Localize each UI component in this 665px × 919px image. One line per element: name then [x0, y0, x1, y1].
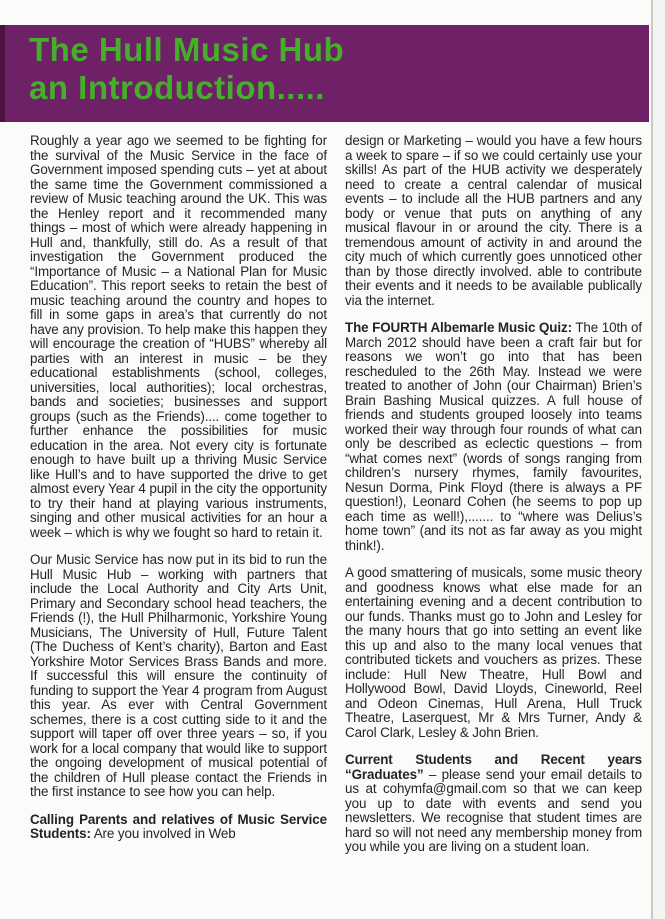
page-edge-shadow: [651, 0, 653, 919]
right-column: design or Marketing – would you have a f…: [345, 134, 642, 868]
page-title-line-2: an Introduction.....: [29, 69, 344, 107]
paragraph-students-graduates: Current Students and Recent years “Gradu…: [345, 753, 642, 855]
page-title-line-1: The Hull Music Hub: [29, 31, 344, 69]
paragraph-calling-parents: Calling Parents and relatives of Music S…: [30, 813, 327, 842]
paragraph-text: Are you involved in Web: [91, 826, 236, 841]
paragraph-thanks: A good smattering of musicals, some musi…: [345, 566, 642, 740]
paragraph-text: design or Marketing – would you have a f…: [345, 133, 642, 308]
paragraph-text: Our Music Service has now put in its bid…: [30, 552, 327, 799]
paragraph-text: Roughly a year ago we seemed to be fight…: [30, 133, 327, 540]
paragraph-intro: Roughly a year ago we seemed to be fight…: [30, 134, 327, 540]
paragraph-lead: The FOURTH Albemarle Music Quiz:: [345, 320, 572, 335]
paragraph-bid: Our Music Service has now put in its bid…: [30, 553, 327, 800]
paragraph-volunteer: design or Marketing – would you have a f…: [345, 134, 642, 308]
left-column: Roughly a year ago we seemed to be fight…: [30, 134, 327, 855]
page-edge-highlight: [653, 0, 665, 919]
header-banner: The Hull Music Hub an Introduction.....: [0, 25, 649, 122]
paragraph-text: The 10th of March 2012 should have been …: [345, 320, 642, 553]
banner-left-edge: [0, 25, 5, 122]
page-title: The Hull Music Hub an Introduction.....: [29, 31, 344, 107]
paragraph-music-quiz: The FOURTH Albemarle Music Quiz: The 10t…: [345, 321, 642, 553]
paragraph-text: A good smattering of musicals, some musi…: [345, 565, 642, 740]
